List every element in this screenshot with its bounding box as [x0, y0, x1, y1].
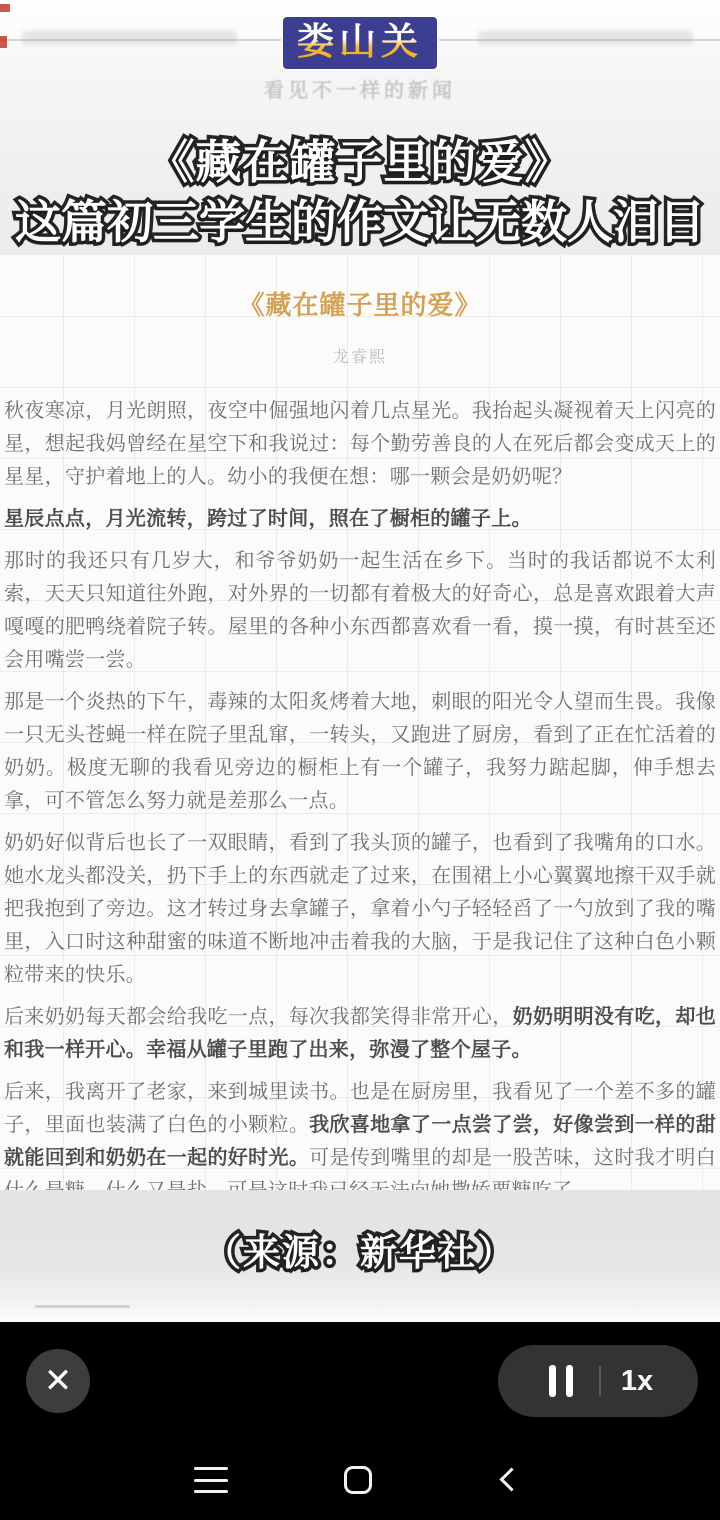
logo-slogan: 看见不一样的新闻	[0, 74, 720, 103]
article-paragraph: 星辰点点，月光流转，跨过了时间，照在了橱柜的罐子上。	[4, 503, 716, 536]
main-title-line2: 这篇初三学生的作文让无数人泪目	[0, 192, 720, 252]
close-button[interactable]: ✕	[26, 1349, 90, 1413]
screen: 娄山关 看见不一样的新闻 《藏在罐子里的爱》 这篇初三学生的作文让无数人泪目 《…	[0, 0, 720, 1520]
edge-artifact	[0, 4, 10, 12]
close-icon: ✕	[44, 1364, 73, 1398]
back-icon[interactable]	[499, 1467, 523, 1491]
main-title-line1: 《藏在罐子里的爱》	[0, 132, 720, 192]
home-icon[interactable]	[344, 1466, 372, 1494]
article-paragraph: 后来奶奶每天都会给我吃一点，每次我都笑得非常开心，奶奶明明没有吃，却也和我一样开…	[4, 1001, 716, 1067]
video-frame[interactable]: 娄山关 看见不一样的新闻 《藏在罐子里的爱》 这篇初三学生的作文让无数人泪目 《…	[0, 0, 720, 1322]
faded-banner-right	[478, 31, 693, 45]
pause-icon	[566, 1365, 573, 1397]
logo-text: 娄山关	[297, 22, 423, 62]
article-paragraph: 秋夜寒凉，月光朗照，夜空中倔强地闪着几点星光。我抬起头凝视着天上闪亮的星，想起我…	[4, 395, 716, 494]
player-bar: ✕ 1x	[0, 1322, 720, 1440]
playback-pill: 1x	[498, 1345, 698, 1417]
article-paragraph: 后来，我离开了老家，来到城里读书。也是在厨房里，我看见了一个差不多的罐子，里面也…	[4, 1076, 716, 1190]
article-author: 龙睿熙	[4, 344, 716, 367]
recents-menu-icon[interactable]	[194, 1467, 228, 1493]
playback-speed-button[interactable]: 1x	[617, 1357, 657, 1406]
article-paragraphs: 秋夜寒凉，月光朗照，夜空中倔强地闪着几点星光。我抬起头凝视着天上闪亮的星，想起我…	[4, 395, 716, 1190]
source-strip: （来源：新华社）	[0, 1190, 720, 1322]
article-paper: 《藏在罐子里的爱》 龙睿熙 秋夜寒凉，月光朗照，夜空中倔强地闪着几点星光。我抬起…	[0, 255, 720, 1190]
article-paragraph: 那是一个炎热的下午，毒辣的太阳炙烤着大地，刺眼的阳光令人望而生畏。我像一只无头苍…	[4, 686, 716, 818]
edge-artifact-dash	[35, 1305, 130, 1308]
pause-button[interactable]	[539, 1355, 583, 1407]
article-paragraph: 那时的我还只有几岁大，和爷爷奶奶一起生活在乡下。当时的我话都说不太利索，天天只知…	[4, 545, 716, 677]
android-nav-bar	[0, 1440, 720, 1520]
edge-artifact	[0, 36, 7, 48]
pause-icon	[549, 1365, 556, 1397]
source-text: （来源：新华社）	[0, 1222, 720, 1276]
faded-banner-left	[22, 31, 237, 45]
article-title: 《藏在罐子里的爱》	[4, 285, 716, 322]
main-title: 《藏在罐子里的爱》 这篇初三学生的作文让无数人泪目	[0, 132, 720, 252]
pill-divider	[599, 1366, 601, 1396]
article-paragraph: 奶奶好似背后也长了一双眼睛，看到了我头顶的罐子，也看到了我嘴角的口水。她水龙头都…	[4, 827, 716, 992]
loushanguan-logo: 娄山关	[283, 17, 437, 69]
